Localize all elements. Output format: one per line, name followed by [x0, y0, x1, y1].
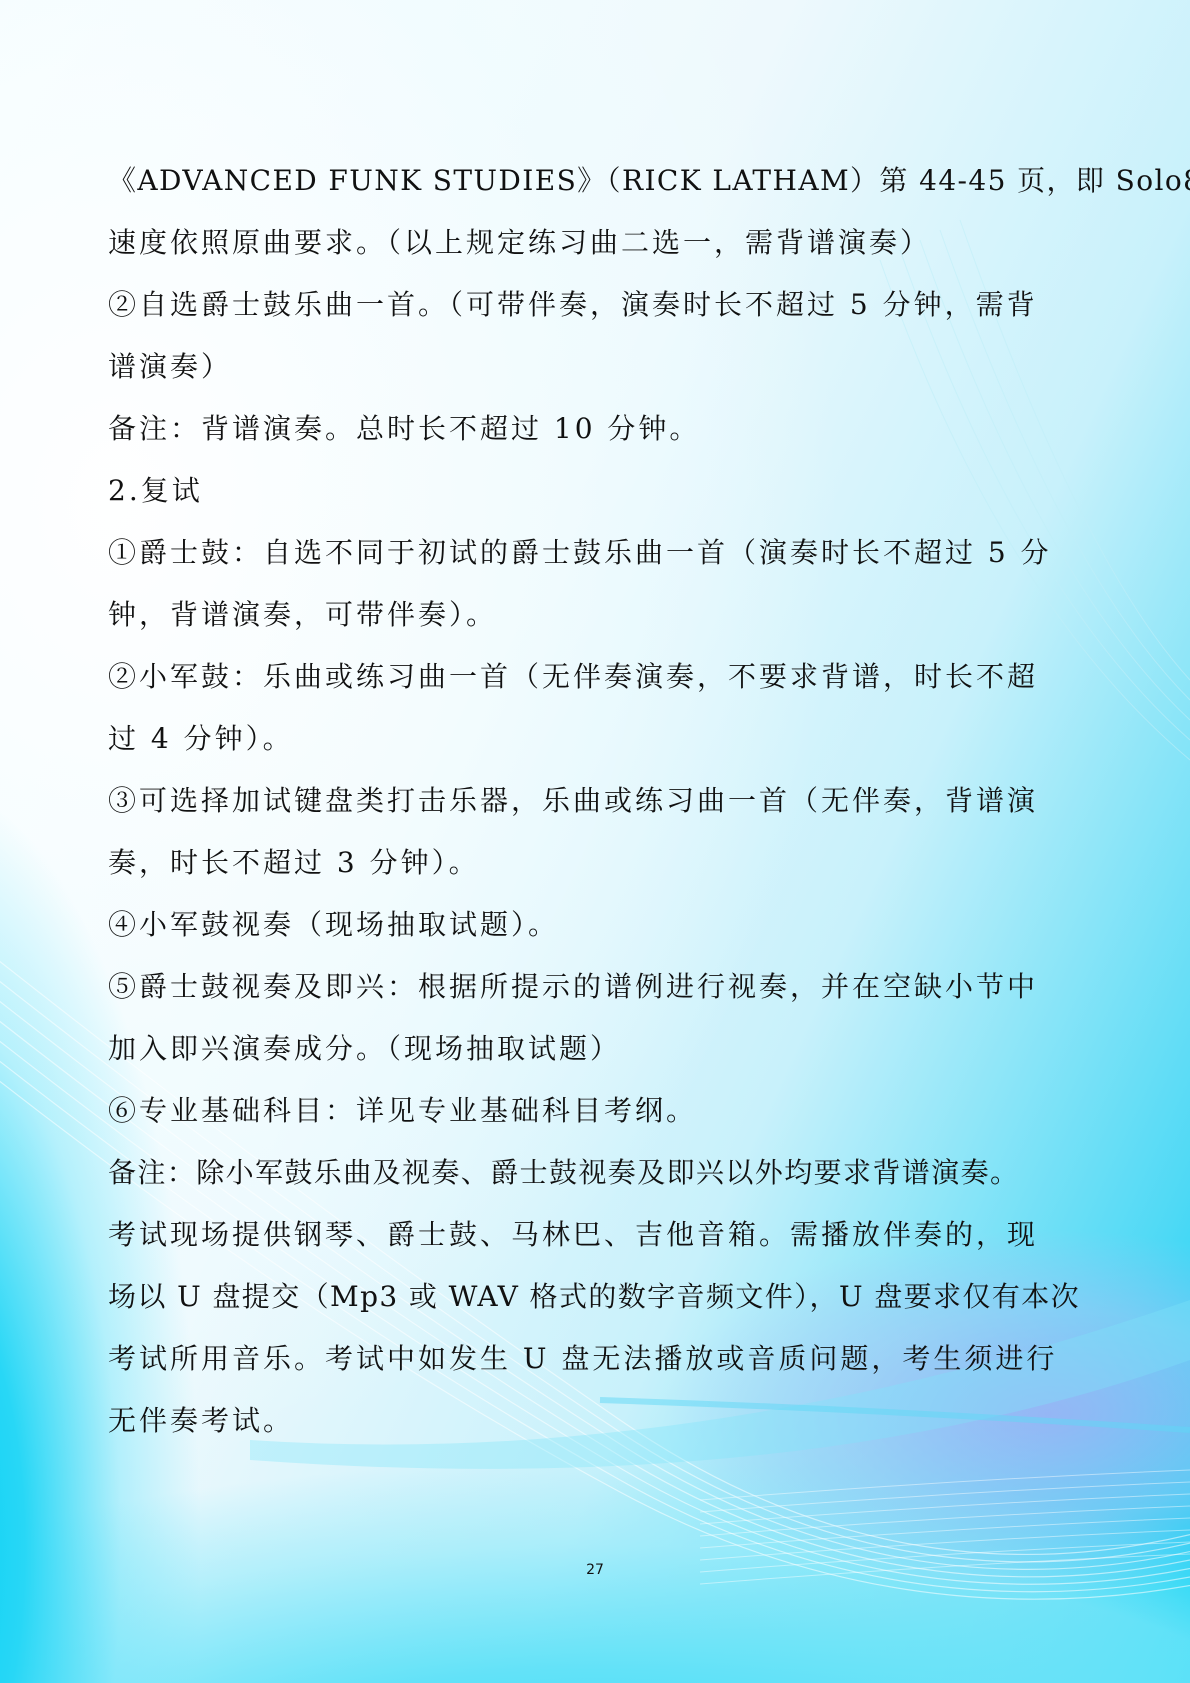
list-item-keyboard-percussion: ③可选择加试键盘类打击乐器，乐曲或练习曲一首（无伴奏，背谱演: [108, 770, 1083, 832]
paragraph-line: 加入即兴演奏成分。（现场抽取试题）: [108, 1018, 1083, 1080]
paragraph-line: 考试所用音乐。考试中如发生 U 盘无法播放或音质问题，考生须进行: [108, 1328, 1083, 1390]
paragraph-line: 无伴奏考试。: [108, 1390, 1083, 1452]
paragraph-line: 考试现场提供钢琴、爵士鼓、马林巴、吉他音箱。需播放伴奏的，现: [108, 1204, 1083, 1266]
list-item-jazz-sight-reading-improv: ⑤爵士鼓视奏及即兴：根据所提示的谱例进行视奏，并在空缺小节中: [108, 956, 1083, 1018]
list-item-jazz-drum: ①爵士鼓：自选不同于初试的爵士鼓乐曲一首（演奏时长不超过 5 分: [108, 522, 1083, 584]
paragraph-line: 奏，时长不超过 3 分钟）。: [108, 832, 1083, 894]
list-item-free-choice-jazz-drum: ②自选爵士鼓乐曲一首。（可带伴奏，演奏时长不超过 5 分钟，需背: [108, 274, 1083, 336]
document-body: 《ADVANCED FUNK STUDIES》（RICK LATHAM）第 44…: [108, 150, 1083, 1452]
paragraph-line: 钟，背谱演奏，可带伴奏）。: [108, 584, 1083, 646]
list-item-professional-basics: ⑥专业基础科目：详见专业基础科目考纲。: [108, 1080, 1083, 1142]
list-item-snare-sight-reading: ④小军鼓视奏（现场抽取试题）。: [108, 894, 1083, 956]
paragraph-line: 场以 U 盘提交（Mp3 或 WAV 格式的数字音频文件），U 盘要求仅有本次: [108, 1266, 1083, 1328]
paragraph-line: 谱演奏）: [108, 336, 1083, 398]
paragraph-line: 过 4 分钟）。: [108, 708, 1083, 770]
note-line: 备注：背谱演奏。总时长不超过 10 分钟。: [108, 398, 1083, 460]
page-number: 27: [0, 1562, 1190, 1578]
section-heading-retest: 2.复试: [108, 460, 1083, 522]
note-line: 备注：除小军鼓乐曲及视奏、爵士鼓视奏及即兴以外均要求背谱演奏。: [108, 1142, 1083, 1204]
list-item-snare-drum: ②小军鼓：乐曲或练习曲一首（无伴奏演奏，不要求背谱，时长不超: [108, 646, 1083, 708]
paragraph-line-advanced-funk-studies: 《ADVANCED FUNK STUDIES》（RICK LATHAM）第 44…: [108, 150, 1083, 212]
paragraph-line: 速度依照原曲要求。（以上规定练习曲二选一，需背谱演奏）: [108, 212, 1083, 274]
